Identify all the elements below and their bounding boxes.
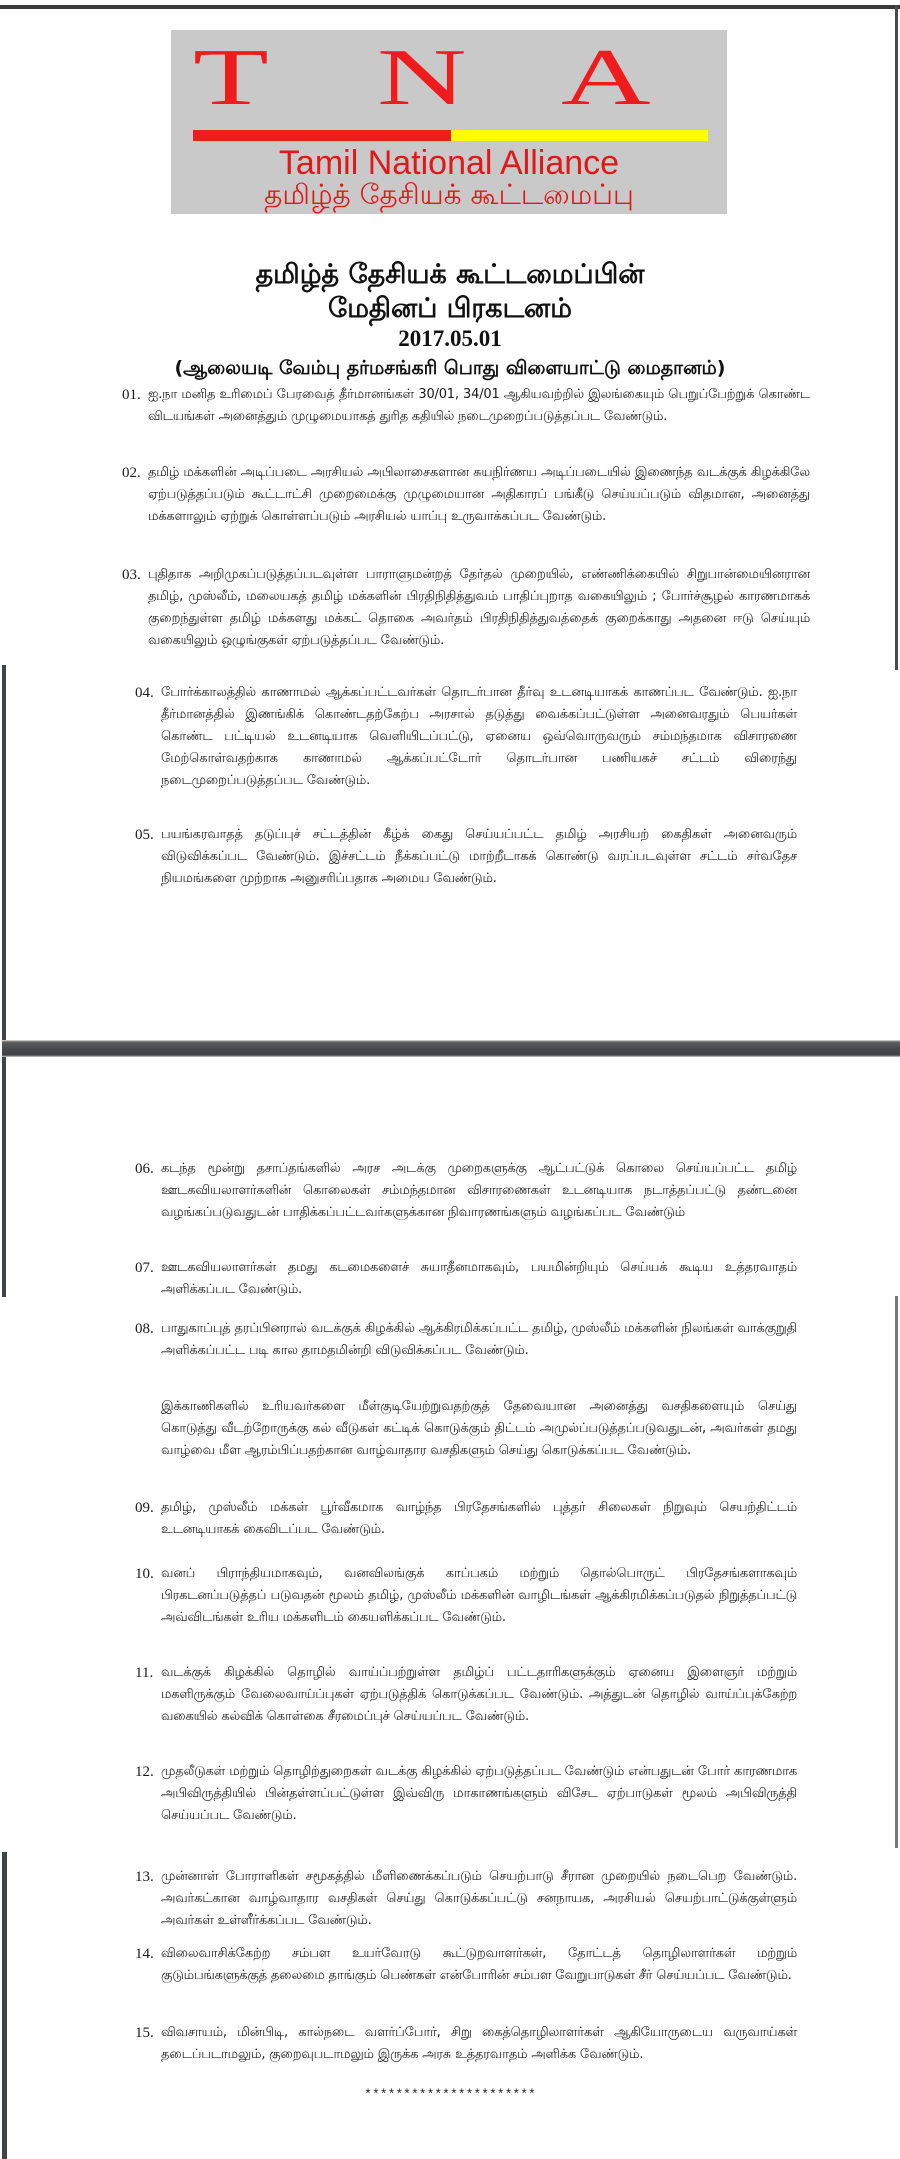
item-text: விவசாயம், மின்பிடி, கால்நடை வளர்ப்போர், … [161, 2022, 797, 2066]
list-item: 02. தமிழ் மக்களின் அடிப்படை அரசியல் அபில… [122, 462, 810, 528]
item-text: விலைவாசிக்கேற்ற சம்பள உயர்வோடு கூட்டுறவா… [161, 1943, 797, 1987]
item-text: ஊடகவியலாளர்கள் தமது கடமைகளைச் சுயாதீனமாக… [161, 1257, 797, 1301]
item-text: பாதுகாப்புத் தரப்பினரால் வடக்குக் கிழக்க… [161, 1318, 797, 1362]
list-item: 01. ஐ.நா மனித உரிமைப் பேரவைத் தீர்மானங்க… [122, 384, 810, 428]
item-subparagraph: இக்காணிகளில் உரியவர்களை மீள்குடியேற்றுவத… [161, 1396, 797, 1462]
item-number: 08. [135, 1318, 161, 1340]
document-title-line1: தமிழ்த் தேசியக் கூட்டமைப்பின் [0, 258, 900, 292]
item-text: முன்னாள் போராளிகள் சமூகத்தில் மீளிணைக்கப… [161, 1866, 797, 1932]
item-number: 14. [135, 1943, 161, 1965]
item-text: வனப் பிராந்தியமாகவும், வனவிலங்குக் காப்ப… [161, 1563, 797, 1629]
list-item: 12. முதலீடுகள் மற்றும் தொழிற்துறைகள் வடக… [135, 1761, 797, 1827]
end-marker: ********************** [0, 2087, 900, 2102]
list-item: 04. போர்க்காலத்தில் காணாமல் ஆக்கப்பட்டவர… [135, 682, 797, 792]
item-number: 03. [122, 564, 148, 586]
item-number: 13. [135, 1866, 161, 1888]
logo-bar-red [193, 130, 451, 141]
document-title-line2: மேதினப் பிரகடனம் [0, 292, 900, 326]
item-text: புதிதாக அறிமுகப்படுத்தப்படவுள்ள பாராளுமன… [148, 564, 810, 652]
item-text: பயங்கரவாதத் தடுப்புச் சட்டத்தின் கீழ்க் … [161, 824, 797, 890]
item-number: 06. [135, 1158, 161, 1180]
list-item: 13. முன்னாள் போராளிகள் சமூகத்தில் மீளிணை… [135, 1866, 797, 1932]
list-item: 11. வடக்குக் கிழக்கில் தொழில் வாய்ப்பற்ற… [135, 1662, 797, 1728]
page-break-bar [2, 1040, 900, 1057]
item-number: 12. [135, 1761, 161, 1783]
list-item: 10. வனப் பிராந்தியமாகவும், வனவிலங்குக் க… [135, 1563, 797, 1629]
page-border-right [895, 1296, 898, 1848]
item-text: தமிழ், முஸ்லீம் மக்கள் பூர்வீகமாக வாழ்ந்… [161, 1497, 797, 1541]
item-number: 05. [135, 824, 161, 846]
list-item: 05. பயங்கரவாதத் தடுப்புச் சட்டத்தின் கீழ… [135, 824, 797, 890]
logo-tamil-name: தமிழ்த் தேசியக் கூட்டமைப்பு [171, 178, 727, 212]
item-text: தமிழ் மக்களின் அடிப்படை அரசியல் அபிலாசைக… [148, 462, 810, 528]
logo-letter-t: T [193, 38, 269, 118]
logo-letter-a: A [561, 38, 651, 118]
list-item: 03. புதிதாக அறிமுகப்படுத்தப்படவுள்ள பாரா… [122, 564, 810, 652]
list-item: 14. விலைவாசிக்கேற்ற சம்பள உயர்வோடு கூட்ட… [135, 1943, 797, 1987]
item-number: 02. [122, 462, 148, 484]
document-date: 2017.05.01 [0, 324, 900, 354]
item-number: 01. [122, 384, 148, 406]
item-text: முதலீடுகள் மற்றும் தொழிற்துறைகள் வடக்கு … [161, 1761, 797, 1827]
item-text: ஐ.நா மனித உரிமைப் பேரவைத் தீர்மானங்கள் 3… [148, 384, 810, 428]
logo-letter-n: N [377, 38, 467, 118]
list-item: 08. பாதுகாப்புத் தரப்பினரால் வடக்குக் கி… [135, 1318, 797, 1362]
item-text: போர்க்காலத்தில் காணாமல் ஆக்கப்பட்டவர்கள்… [161, 682, 797, 792]
logo-bar-yellow [451, 130, 709, 141]
document-venue: (ஆலையடி வேம்பு தர்மசங்கரி பொது விளையாட்ட… [0, 355, 900, 381]
item-number: 09. [135, 1497, 161, 1519]
logo-color-bar [193, 130, 708, 141]
logo-english-name: Tamil National Alliance [171, 144, 727, 182]
item-number: 10. [135, 1563, 161, 1585]
item-number: 04. [135, 682, 161, 704]
list-item: 09. தமிழ், முஸ்லீம் மக்கள் பூர்வீகமாக வா… [135, 1497, 797, 1541]
item-number: 07. [135, 1257, 161, 1279]
logo-letters: T N A [171, 38, 727, 108]
item-text: கடந்த மூன்று தசாப்தங்களில் அரச அடக்கு மு… [161, 1158, 797, 1224]
tna-logo: T N A Tamil National Alliance தமிழ்த் தே… [171, 30, 727, 214]
list-item: 07. ஊடகவியலாளர்கள் தமது கடமைகளைச் சுயாதீ… [135, 1257, 797, 1301]
item-number: 15. [135, 2022, 161, 2044]
list-item: 15. விவசாயம், மின்பிடி, கால்நடை வளர்ப்போ… [135, 2022, 797, 2066]
page-border-top [0, 5, 900, 9]
page-border-left [2, 665, 6, 1297]
item-number: 11. [135, 1662, 161, 1684]
item-text: வடக்குக் கிழக்கில் தொழில் வாய்ப்பற்றுள்ள… [161, 1662, 797, 1728]
list-item: 06. கடந்த மூன்று தசாப்தங்களில் அரச அடக்க… [135, 1158, 797, 1224]
page-border-left [2, 1852, 7, 2159]
